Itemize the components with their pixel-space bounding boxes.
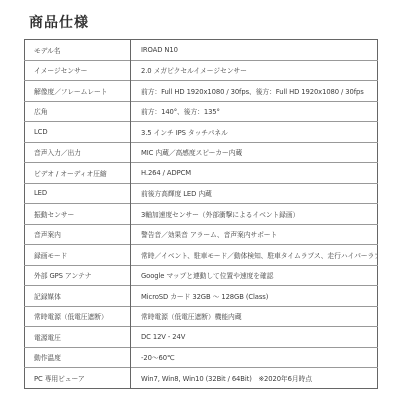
spec-value: H.264 / ADPCM — [131, 163, 378, 184]
spec-label: 広角 — [25, 101, 131, 122]
spec-label: PC 専用ビューア — [25, 368, 131, 389]
spec-label: モデル名 — [25, 40, 131, 61]
table-row: ビデオ / オーディオ圧縮 H.264 / ADPCM — [25, 163, 378, 184]
spec-value: DC 12V - 24V — [131, 327, 378, 348]
table-row: 振動センサー 3軸加速度センサー（外部衝撃によるイベント録画） — [25, 204, 378, 225]
spec-value: MIC 内蔵／高感度スピーカー内蔵 — [131, 142, 378, 163]
spec-label: 振動センサー — [25, 204, 131, 225]
table-row: LED 前後方高輝度 LED 内蔵 — [25, 183, 378, 204]
spec-page: 商品仕様 モデル名 IROAD N10 イメージセンサー 2.0 メガピクセルイ… — [0, 0, 400, 400]
table-row: 常時電源（低電圧遮断） 常時電源（低電圧遮断）機能内蔵 — [25, 306, 378, 327]
spec-value: 常時／イベント、駐車モード／動体検知、駐車タイムラプス、走行ハイパーラプス — [131, 245, 378, 266]
spec-label: 音声入力／出力 — [25, 142, 131, 163]
page-title: 商品仕様 — [29, 12, 89, 32]
table-row: 電源電圧 DC 12V - 24V — [25, 327, 378, 348]
spec-label: 常時電源（低電圧遮断） — [25, 306, 131, 327]
table-row: モデル名 IROAD N10 — [25, 40, 378, 61]
table-row: 解像度／フレームレート 前方：Full HD 1920x1080 / 30fps… — [25, 81, 378, 102]
table-row: 記録媒体 MicroSD カード 32GB ～ 128GB (Class) — [25, 286, 378, 307]
table-row: 録画モード 常時／イベント、駐車モード／動体検知、駐車タイムラプス、走行ハイパー… — [25, 245, 378, 266]
spec-value: Win7, Win8, Win10 (32Bit / 64Bit) ※2020年… — [131, 368, 378, 389]
spec-value: 3.5 インチ IPS タッチパネル — [131, 122, 378, 143]
spec-label: 電源電圧 — [25, 327, 131, 348]
spec-value: 常時電源（低電圧遮断）機能内蔵 — [131, 306, 378, 327]
spec-label: 録画モード — [25, 245, 131, 266]
spec-label: 音声案内 — [25, 224, 131, 245]
spec-label: LCD — [25, 122, 131, 143]
spec-value: MicroSD カード 32GB ～ 128GB (Class) — [131, 286, 378, 307]
spec-value: 前方：140°、後方：135° — [131, 101, 378, 122]
spec-label: 記録媒体 — [25, 286, 131, 307]
spec-value: 前後方高輝度 LED 内蔵 — [131, 183, 378, 204]
spec-value: 前方：Full HD 1920x1080 / 30fps、後方：Full HD … — [131, 81, 378, 102]
spec-value: IROAD N10 — [131, 40, 378, 61]
table-row: 音声案内 警告音／効果音 アラーム、音声案内サポート — [25, 224, 378, 245]
spec-label: 外部 GPS アンテナ — [25, 265, 131, 286]
spec-label: 解像度／フレームレート — [25, 81, 131, 102]
spec-table: モデル名 IROAD N10 イメージセンサー 2.0 メガピクセルイメージセン… — [24, 39, 378, 389]
table-row: イメージセンサー 2.0 メガピクセルイメージセンサー — [25, 60, 378, 81]
spec-label: イメージセンサー — [25, 60, 131, 81]
spec-value: 2.0 メガピクセルイメージセンサー — [131, 60, 378, 81]
table-row: 動作温度 -20～60℃ — [25, 347, 378, 368]
spec-value: 警告音／効果音 アラーム、音声案内サポート — [131, 224, 378, 245]
spec-label: LED — [25, 183, 131, 204]
spec-value: -20～60℃ — [131, 347, 378, 368]
spec-label: ビデオ / オーディオ圧縮 — [25, 163, 131, 184]
table-row: LCD 3.5 インチ IPS タッチパネル — [25, 122, 378, 143]
table-row: 広角 前方：140°、後方：135° — [25, 101, 378, 122]
spec-value: 3軸加速度センサー（外部衝撃によるイベント録画） — [131, 204, 378, 225]
spec-value: Google マップと連動して位置や速度を確認 — [131, 265, 378, 286]
table-row: 音声入力／出力 MIC 内蔵／高感度スピーカー内蔵 — [25, 142, 378, 163]
table-row: 外部 GPS アンテナ Google マップと連動して位置や速度を確認 — [25, 265, 378, 286]
spec-label: 動作温度 — [25, 347, 131, 368]
table-row: PC 専用ビューア Win7, Win8, Win10 (32Bit / 64B… — [25, 368, 378, 389]
